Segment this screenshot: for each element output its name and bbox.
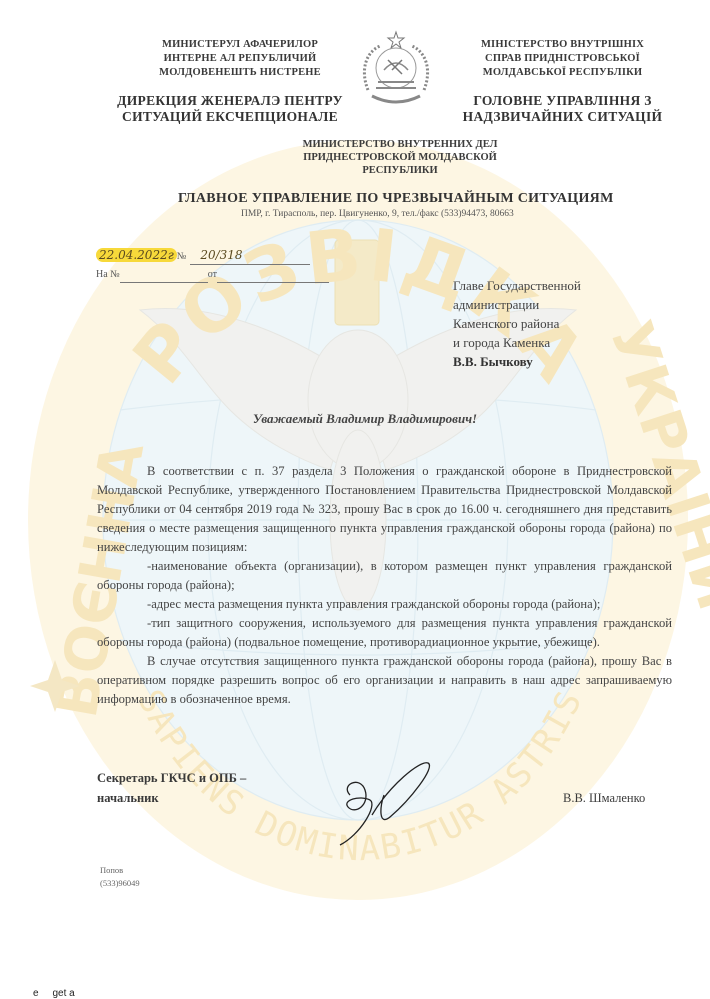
executor-block: Попов (533)96049: [100, 864, 140, 890]
signer-name: В.В. Шмаленко: [563, 788, 645, 808]
header-left-line-2: ИНТЕРНЕ АЛ РЕПУБЛИЧИЙ: [130, 52, 350, 66]
header-right: МІНІСТЕРСТВО ВНУТРІШНІХ СПРАВ ПРИДНІСТРО…: [450, 38, 675, 80]
recipient-line-2: администрации: [453, 295, 663, 314]
main-department-title: ГЛАВНОЕ УПРАВЛЕНИЕ ПО ЧРЕЗВЫЧАЙНЫМ СИТУА…: [178, 191, 614, 207]
letter-body: В соответствии с п. 37 раздела 3 Положен…: [97, 462, 672, 709]
header-right-line-3: МОЛДАВСЬКОЇ РЕСПУБЛІКИ: [450, 66, 675, 80]
executor-phone: (533)96049: [100, 877, 140, 890]
body-item-2: -адрес места размещения пункта управлени…: [97, 595, 672, 614]
ministry-title: МИНИСТЕРСТВО ВНУТРЕННИХ ДЕЛ ПРИДНЕСТРОВС…: [250, 138, 550, 177]
state-coat-of-arms-icon: [358, 30, 434, 112]
header-right-directorate: ГОЛОВНЕ УПРАВЛІННЯ З НАДЗВИЧАЙНИХ СИТУАЦ…: [440, 93, 685, 125]
header-left-line-1: МИНИСТЕРУЛ АФАЧЕРИЛОР: [130, 38, 350, 52]
handwritten-signature-icon: [320, 755, 440, 850]
header-right-line-2: СПРАВ ПРИДНІСТРОВСЬКОЇ: [450, 52, 675, 66]
executor-name: Попов: [100, 864, 140, 877]
recipient-name: В.В. Бычкову: [453, 352, 663, 371]
body-item-1: -наименование объекта (организации), в к…: [97, 557, 672, 595]
recipient-line-1: Главе Государственной: [453, 276, 663, 295]
scan-artifact-text: e get a: [33, 988, 75, 999]
recipient-line-3: Каменского района: [453, 314, 663, 333]
signer-position: Секретарь ГКЧС и ОПБ – начальник: [97, 768, 246, 808]
body-item-3: -тип защитного сооружения, используемого…: [97, 614, 672, 652]
outgoing-date: 22.04.2022г: [96, 248, 177, 262]
department-address: ПМР, г. Тирасполь, пер. Цвигуненко, 9, т…: [241, 209, 514, 219]
registration-block: 22.04.2022г№ 20/318 На № от: [96, 246, 356, 280]
header-left-directorate: ДИРЕКЦИЯ ЖЕНЕРАЛЭ ПЕНТРУ СИТУАЦИЙ ЕКСЧЕП…: [95, 93, 365, 125]
header-right-line-1: МІНІСТЕРСТВО ВНУТРІШНІХ: [450, 38, 675, 52]
number-label: №: [177, 251, 187, 262]
body-paragraph-1: В соответствии с п. 37 раздела 3 Положен…: [97, 462, 672, 557]
recipient-line-4: и города Каменка: [453, 333, 663, 352]
reference-number-label: На №: [96, 269, 120, 280]
header-left-line-3: МОЛДОВЕНЕШТЬ НИСТРЕНЕ: [130, 66, 350, 80]
reference-from-label: от: [208, 269, 217, 280]
header-left: МИНИСТЕРУЛ АФАЧЕРИЛОР ИНТЕРНЕ АЛ РЕПУБЛИ…: [130, 38, 350, 80]
salutation: Уважаемый Владимир Владимирович!: [150, 411, 580, 427]
body-paragraph-2: В случае отсутствия защищенного пункта г…: [97, 652, 672, 709]
recipient-block: Главе Государственной администрации Каме…: [453, 276, 663, 371]
outgoing-number: 20/318: [190, 248, 242, 262]
